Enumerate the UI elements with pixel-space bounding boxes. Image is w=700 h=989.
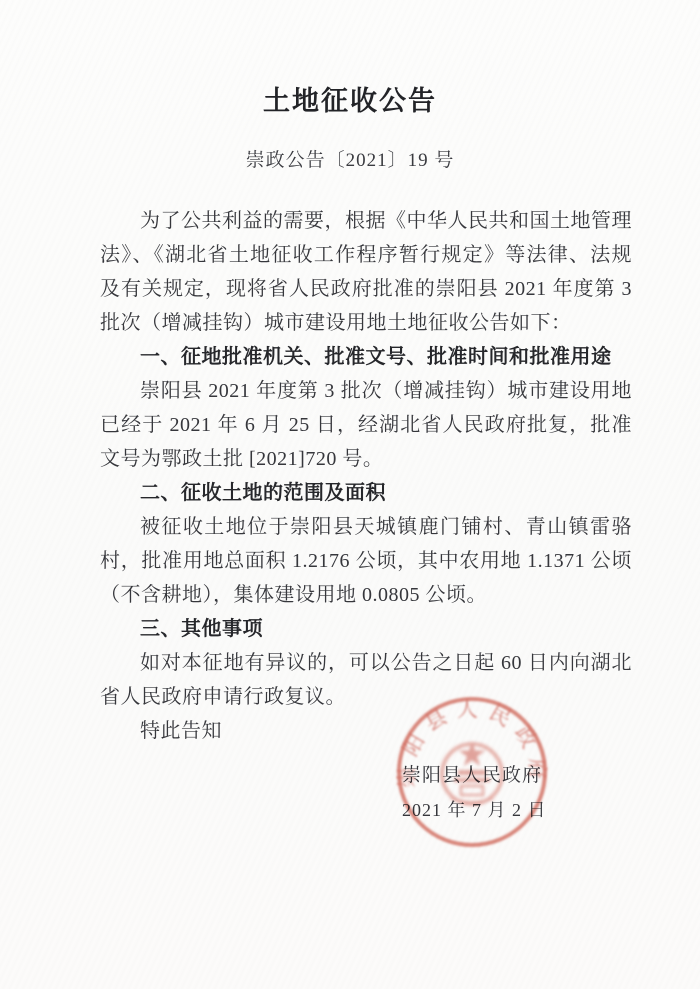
paragraph: 为了公共利益的需要，根据《中华人民共和国土地管理法》、《湖北省土地征收工作程序暂… bbox=[100, 204, 632, 340]
section-heading: 一、征地批准机关、批准文号、批准时间和批准用途 bbox=[100, 340, 632, 374]
signature-date: 2021 年 7 月 2 日 bbox=[402, 798, 547, 822]
document-body: 为了公共利益的需要，根据《中华人民共和国土地管理法》、《湖北省土地征收工作程序暂… bbox=[100, 204, 632, 748]
section-heading: 三、其他事项 bbox=[100, 612, 632, 646]
paragraph: 被征收土地位于崇阳县天城镇鹿门铺村、青山镇雷骆村，批准用地总面积 1.2176 … bbox=[100, 510, 632, 612]
signature-block: 崇阳县人民政府 2021 年 7 月 2 日 bbox=[402, 763, 547, 822]
doc-number: 崇政公告〔2021〕19 号 bbox=[0, 148, 700, 174]
paragraph: 崇阳县 2021 年度第 3 批次（增减挂钩）城市建设用地已经于 2021 年 … bbox=[100, 374, 632, 476]
document-title: 土地征收公告 bbox=[0, 84, 700, 118]
paragraph: 如对本征地有异议的，可以公告之日起 60 日内向湖北省人民政府申请行政复议。 bbox=[100, 646, 632, 714]
document-page: 土地征收公告 崇政公告〔2021〕19 号 为了公共利益的需要，根据《中华人民共… bbox=[0, 0, 700, 989]
signature-org: 崇阳县人民政府 bbox=[402, 763, 547, 789]
section-heading: 二、征收土地的范围及面积 bbox=[100, 476, 632, 510]
paragraph: 特此告知 bbox=[100, 714, 632, 748]
